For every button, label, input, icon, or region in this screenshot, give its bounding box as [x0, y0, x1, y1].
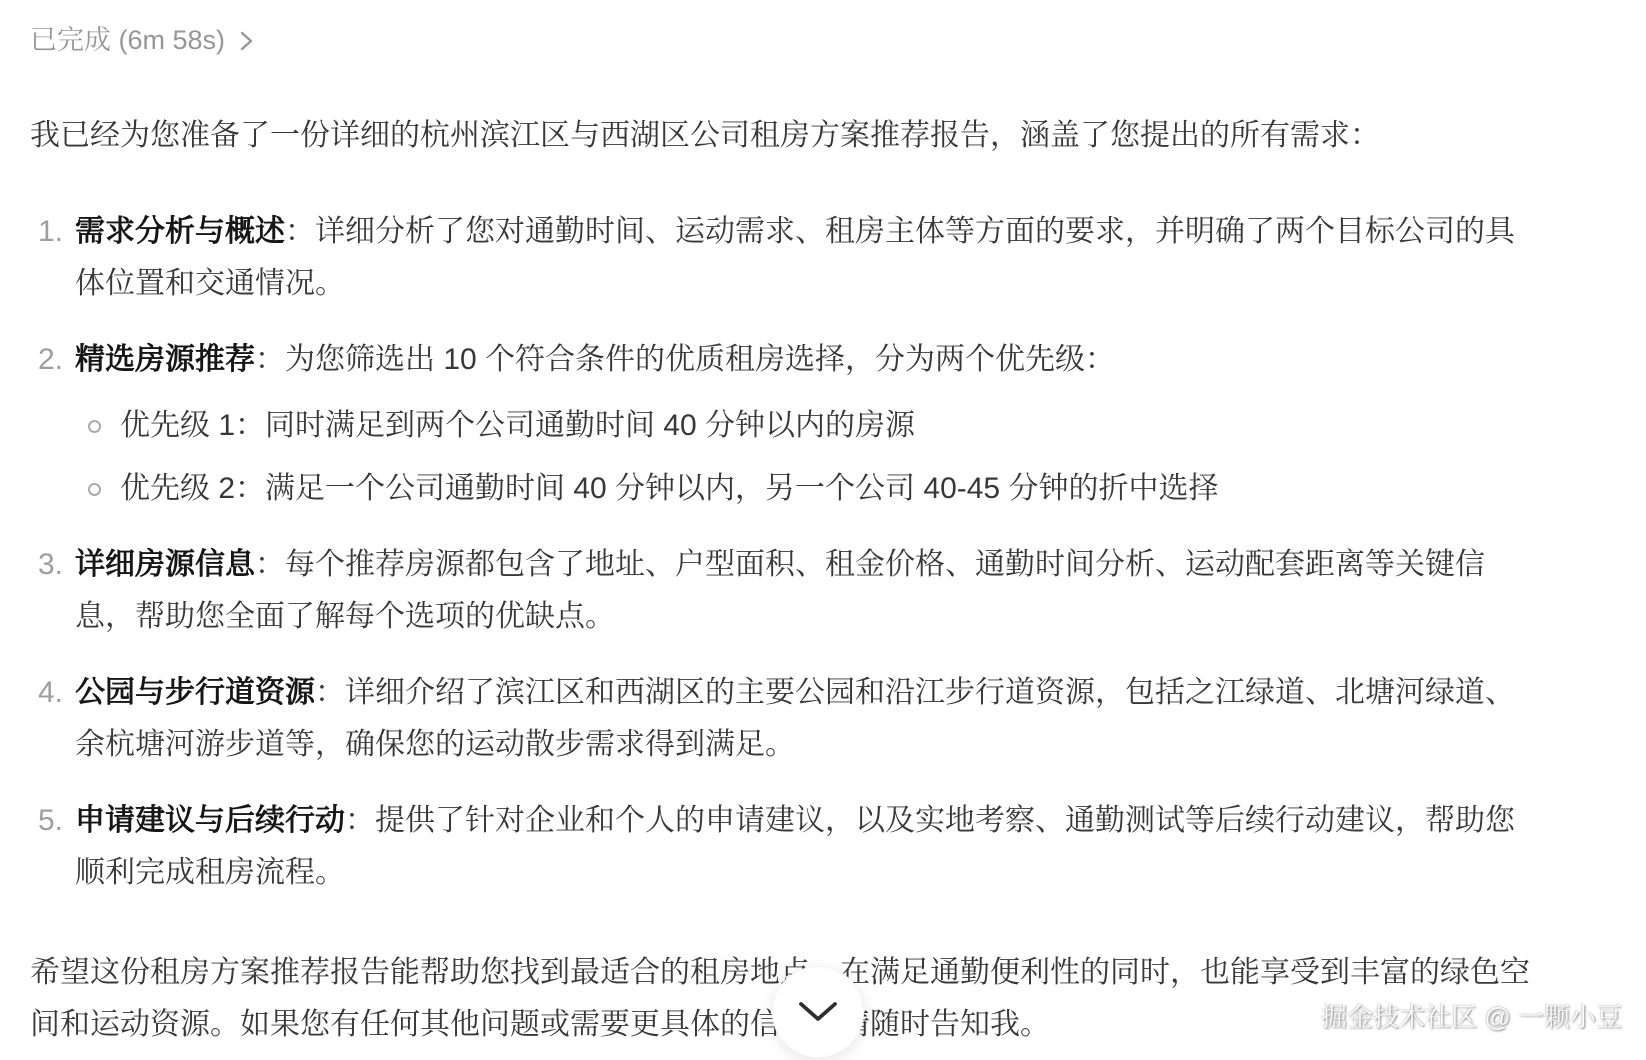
list-item-details: 3. 详细房源信息：每个推荐房源都包含了地址、户型面积、租金价格、通勤时间分析、… — [30, 539, 1540, 643]
scroll-to-bottom-button[interactable] — [772, 966, 864, 1058]
list-item-desc: ：详细分析了您对通勤时间、运动需求、租房主体等方面的要求，并明确了两个目标公司的… — [75, 215, 1515, 300]
list-item-number: 2. — [38, 334, 63, 386]
list-item-requirements: 1. 需求分析与概述：详细分析了您对通勤时间、运动需求、租房主体等方面的要求，并… — [30, 206, 1540, 310]
list-item-number: 5. — [38, 795, 63, 847]
hollow-bullet-icon — [88, 483, 101, 496]
chevron-down-icon — [796, 1000, 840, 1024]
list-item-term: 需求分析与概述 — [75, 215, 285, 248]
list-item-number: 4. — [38, 667, 63, 719]
sub-list-item-text: 优先级 1：同时满足到两个公司通勤时间 40 分钟以内的房源 — [120, 409, 915, 442]
list-item-desc: ：每个推荐房源都包含了地址、户型面积、租金价格、通勤时间分析、运动配套距离等关键… — [75, 548, 1485, 633]
list-item-term: 详细房源信息 — [75, 548, 255, 581]
sub-list-item-text: 优先级 2：满足一个公司通勤时间 40 分钟以内，另一个公司 40-45 分钟的… — [120, 472, 1218, 505]
list-item-listings: 2. 精选房源推荐：为您筛选出 10 个符合条件的优质租房选择，分为两个优先级：… — [30, 334, 1540, 515]
list-item-term: 申请建议与后续行动 — [75, 804, 345, 837]
report-list: 1. 需求分析与概述：详细分析了您对通勤时间、运动需求、租房主体等方面的要求，并… — [30, 206, 1540, 899]
list-item-desc: ：为您筛选出 10 个符合条件的优质租房选择，分为两个优先级： — [255, 343, 1115, 376]
sub-list-item-priority-1: 优先级 1：同时满足到两个公司通勤时间 40 分钟以内的房源 — [75, 400, 1540, 452]
list-item-term: 公园与步行道资源 — [75, 676, 315, 709]
priority-sub-list: 优先级 1：同时满足到两个公司通勤时间 40 分钟以内的房源 优先级 2：满足一… — [75, 400, 1540, 515]
intro-paragraph: 我已经为您准备了一份详细的杭州滨江区与西湖区公司租房方案推荐报告，涵盖了您提出的… — [30, 110, 1540, 162]
task-status-toggle[interactable]: 已完成 (6m 58s) — [30, 24, 254, 56]
task-status-label: 已完成 (6m 58s) — [30, 24, 225, 56]
list-item-number: 3. — [38, 539, 63, 591]
list-item-parks: 4. 公园与步行道资源：详细介绍了滨江区和西湖区的主要公园和沿江步行道资源，包括… — [30, 667, 1540, 771]
chevron-right-icon — [239, 28, 254, 54]
hollow-bullet-icon — [88, 420, 101, 433]
list-item-term: 精选房源推荐 — [75, 343, 255, 376]
sub-list-item-priority-2: 优先级 2：满足一个公司通勤时间 40 分钟以内，另一个公司 40-45 分钟的… — [75, 463, 1540, 515]
list-item-application: 5. 申请建议与后续行动：提供了针对企业和个人的申请建议，以及实地考察、通勤测试… — [30, 795, 1540, 899]
list-item-number: 1. — [38, 206, 63, 258]
